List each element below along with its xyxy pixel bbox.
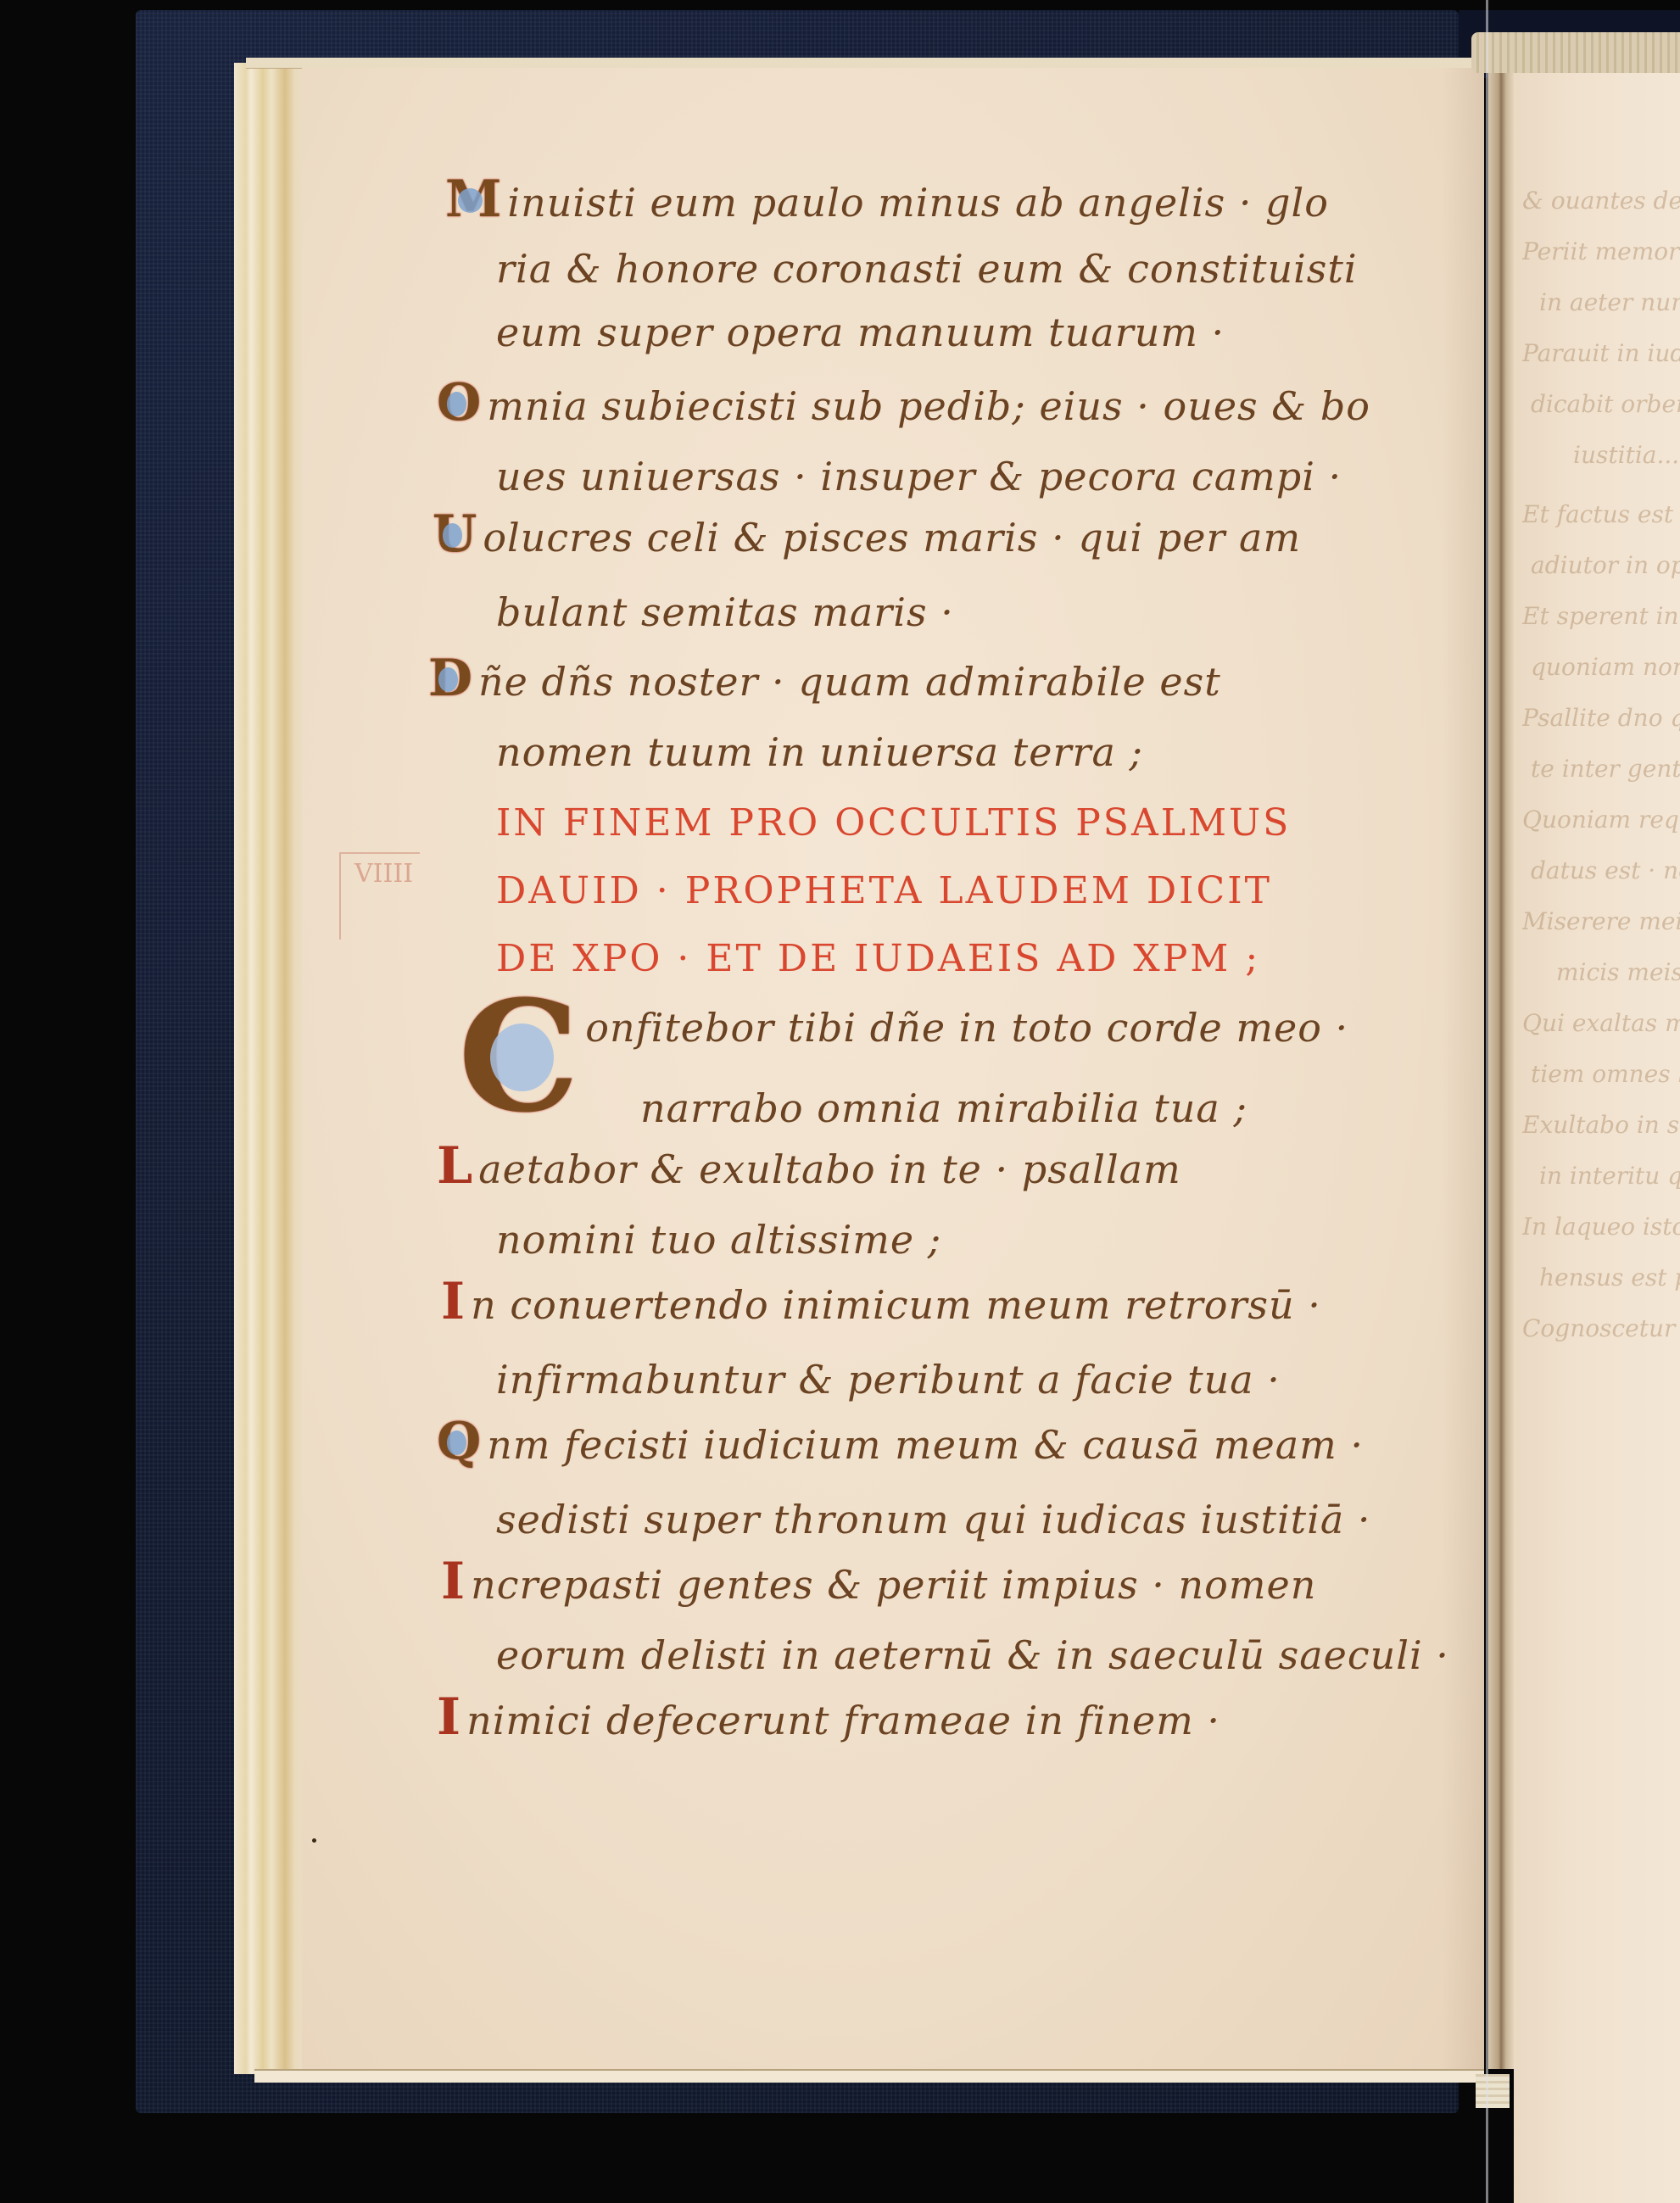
right-page-text: & ouantes de tri... Periit memoria eorum…: [1522, 170, 1680, 2035]
faded-line: Quoniam requirens sanguinem...: [1522, 806, 1680, 834]
faded-line: Et sperent in te qui...: [1522, 602, 1680, 630]
faded-line: in interitu quem fecerunt...: [1539, 1162, 1680, 1190]
text-line: Qnm fecisti iudicium meum & causā meam ·: [437, 1416, 1364, 1468]
faded-line: micis meis ;: [1556, 958, 1680, 986]
text-line: bulant semitas maris ·: [496, 589, 954, 635]
gutter-shadow: [1442, 68, 1484, 2069]
faded-line: Miserere mei dne · uide...: [1522, 907, 1680, 935]
illuminated-initial-c: C: [458, 996, 580, 1118]
faded-line: hensus est pes eorum...: [1539, 1263, 1680, 1291]
faded-line: Et factus est dns refugium...: [1522, 500, 1680, 528]
text-line: ues uniuersas · insuper & pecora campi ·: [496, 454, 1342, 499]
illuminated-initial-o: O: [437, 377, 482, 428]
text-line: eum super opera manuum tuarum ·: [496, 310, 1225, 355]
faded-line: Parauit in iudicio thronum...: [1522, 339, 1680, 367]
text-line: sedisti super thronum qui iudicas iustit…: [496, 1497, 1371, 1542]
illuminated-initial-q: Q: [437, 1416, 482, 1467]
faded-line: datus est · non est oblitus...: [1531, 856, 1680, 884]
rubric-line: DAUID · PROPHETA LAUDEM DICIT: [496, 869, 1272, 912]
faded-line: adiutor in opor tunitatib...: [1531, 551, 1680, 579]
text-line: Inimici defecerunt frameae in finem ·: [437, 1692, 1220, 1743]
text-line: Increpasti gentes & periit impius · nome…: [441, 1556, 1316, 1608]
faded-line: te inter gentes studia...: [1531, 755, 1680, 783]
rubric-line: DE XPO · ET DE IUDAEIS AD XPM ;: [496, 937, 1260, 980]
illuminated-initial-u: U: [433, 509, 477, 560]
text-line: infirmabuntur & peribunt a facie tua ·: [496, 1357, 1281, 1403]
initial-i: I: [437, 1692, 461, 1743]
faded-line: dicabit orbem terrae...: [1531, 390, 1680, 418]
gutter: [1488, 68, 1514, 2069]
text-line: nomen tuum in uniuersa terra ;: [496, 729, 1143, 775]
text-line: Laetabor & exultabo in te · psallam: [437, 1141, 1181, 1192]
illuminated-initial-d: D: [428, 653, 473, 704]
bookmark-ribbon-top: [1471, 32, 1680, 73]
faded-line: In laqueo isto quem absconderunt...: [1522, 1213, 1680, 1241]
text-line: Dñe dñs noster · quam admirabile est: [428, 653, 1221, 705]
faded-line: Psallite dno qui habitat...: [1522, 704, 1680, 732]
faded-line: quoniam non dereliquisti...: [1531, 653, 1680, 681]
initial-l: L: [437, 1141, 473, 1191]
initial-i: I: [441, 1556, 466, 1607]
initial-i: I: [441, 1276, 466, 1327]
text-line: nomini tuo altissime ;: [496, 1217, 941, 1263]
page-edges-stack: [234, 63, 302, 2074]
text-line: Uolucres celi & pisces maris · qui per a…: [433, 509, 1301, 561]
page-edges-bottom: [254, 2069, 1484, 2083]
glass-plate-edge: [1486, 0, 1488, 2203]
bookmark-ribbon-bottom: [1476, 2074, 1510, 2108]
marginal-psalm-number: VIIII: [339, 852, 420, 940]
text-line: Omnia subiecisti sub pedib; eius · oues …: [437, 377, 1370, 429]
faded-line: Periit memoria eorum...: [1522, 237, 1680, 265]
text-line: narrabo omnia mirabilia tua ;: [640, 1085, 1247, 1131]
text-line: ria & honore coronasti eum & constituist…: [496, 246, 1358, 292]
faded-line: Exultabo in salutari...: [1522, 1111, 1680, 1139]
faded-line: Cognoscetur dns iudicia...: [1522, 1314, 1680, 1342]
ink-speck: [312, 1838, 316, 1843]
text-line: In conuertendo inimicum meum retrorsū ·: [441, 1276, 1321, 1328]
rubric-line: IN FINEM PRO OCCULTIS PSALMUS: [496, 801, 1291, 845]
text-line: eorum delisti in aeternū & in saeculū sa…: [496, 1632, 1449, 1678]
illuminated-initial-m: M: [445, 174, 502, 225]
faded-line: iustitia...: [1573, 441, 1679, 469]
text-line: Minuisti eum paulo minus ab angelis · gl…: [445, 174, 1329, 226]
faded-line: in aeter num per...: [1539, 288, 1680, 316]
faded-line: tiem omnes laudationes...: [1531, 1060, 1680, 1088]
faded-line: Qui exaltas me de portis...: [1522, 1009, 1680, 1037]
faded-line: & ouantes de tri...: [1522, 187, 1680, 215]
